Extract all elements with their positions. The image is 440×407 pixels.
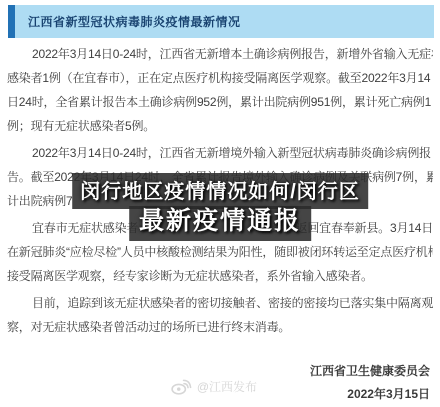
announcement-page: 江西省新型冠状病毒肺炎疫情最新情况 2022年3月14日0-24时，江西省无新增… — [0, 0, 440, 407]
overlay-title-line2: 最新疫情通报 — [129, 206, 311, 241]
text-line: 目前，追踪到该无症状感染者的密切接触者、密接的密接均已落实集中隔离观 — [7, 291, 433, 315]
overlay-title-badge: 闵行地区疫情情况如何/闵行区 最新疫情通报 — [72, 173, 368, 241]
signature-block: 江西省卫生健康委员会 2022年3月15日 — [310, 360, 430, 406]
text-line: 接受隔离医学观察，经专家诊断为无症状感染者，系外省输入感染者。 — [7, 264, 433, 288]
watermark-text: @江西发布 — [197, 378, 257, 395]
weibo-icon — [171, 378, 192, 395]
text-line: 察，对无症状感染者曾活动过的场所已进行终末消毒。 — [7, 315, 433, 339]
text-line: 感染者1例（在宜春市），正在定点医疗机构接受隔离医学观察。截至2022年3月14 — [7, 66, 433, 90]
header-banner: 江西省新型冠状病毒肺炎疫情最新情况 — [8, 5, 434, 38]
text-line: 2022年3月14日0-24时，江西省无新增本土确诊病例报告，新增外省输入无症状 — [7, 42, 433, 66]
signature-org: 江西省卫生健康委员会 — [310, 360, 430, 383]
paragraph-contact-tracing: 目前，追踪到该无症状感染者的密切接触者、密接的密接均已落实集中隔离观 察，对无症… — [7, 291, 433, 339]
watermark: @江西发布 — [171, 378, 257, 395]
overlay-title-line1: 闵行地区疫情情况如何/闵行区 — [72, 173, 368, 209]
text-line: 2022年3月14日0-24时，江西省无新增境外输入新型冠状病毒肺炎确诊病例报 — [7, 141, 433, 165]
text-line: 日24时，全省累计报告本土确诊病例952例，累计出院病例951例，累计死亡病例1 — [7, 90, 433, 114]
paragraph-local-cases: 2022年3月14日0-24时，江西省无新增本土确诊病例报告，新增外省输入无症状… — [7, 42, 433, 138]
signature-date: 2022年3月15日 — [310, 383, 430, 406]
text-line: 在新冠肺炎“应检尽检”人员中核酸检测结果为阳性，随即被闭环转运至定点医疗机构 — [7, 240, 433, 264]
page-title: 江西省新型冠状病毒肺炎疫情最新情况 — [15, 13, 241, 30]
text-line: 例；现有无症状感染者5例。 — [7, 114, 433, 138]
